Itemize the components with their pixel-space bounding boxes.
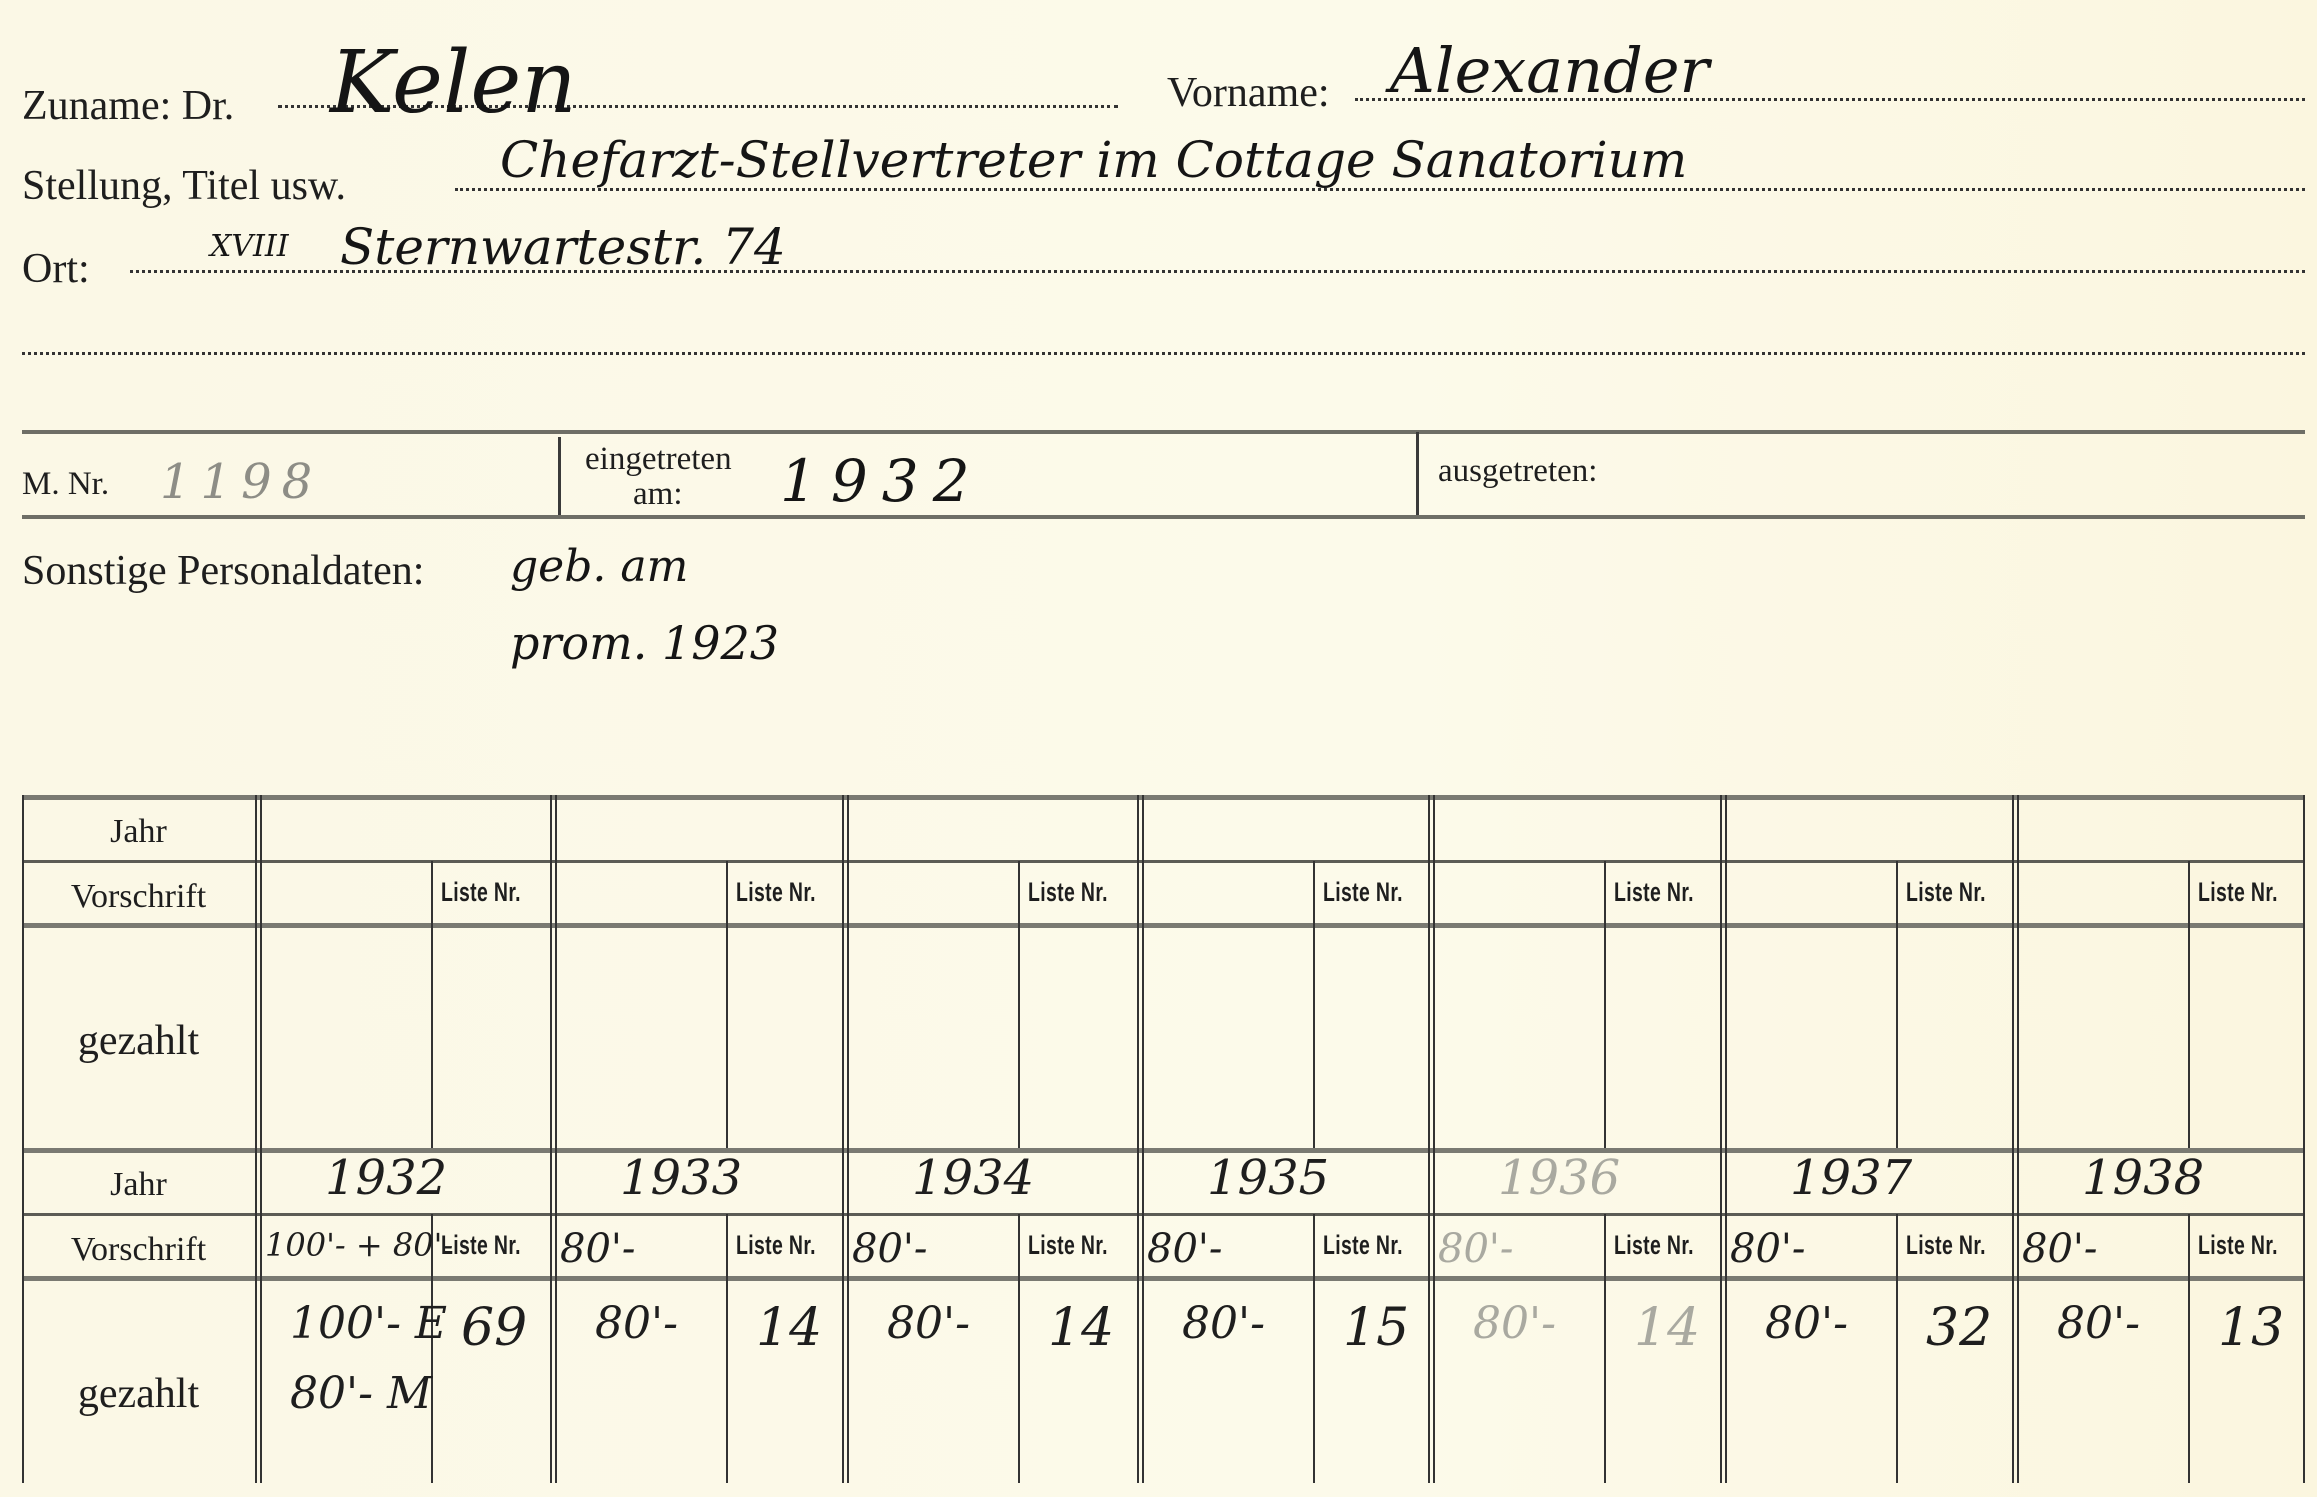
lower-vorschrift-cell[interactable]: 80'- bbox=[2022, 1226, 2097, 1272]
lower-right-border bbox=[2303, 1148, 2305, 1483]
lower-year-divider bbox=[842, 1148, 849, 1483]
upper-liste-label: Liste Nr. bbox=[441, 877, 521, 908]
vorname-value[interactable]: Alexander bbox=[1390, 40, 1709, 102]
upper-year-divider bbox=[1428, 795, 1435, 1150]
lower-vorschrift-cell[interactable]: 80'- bbox=[852, 1226, 927, 1272]
lower-year-divider bbox=[1720, 1148, 1727, 1483]
upper-liste-divider bbox=[726, 861, 728, 1150]
lower-gezahlt-label: gezahlt bbox=[22, 1370, 255, 1418]
upper-right-border bbox=[2303, 795, 2305, 1150]
lower-liste-divider bbox=[1896, 1214, 1898, 1483]
upper-liste-label: Liste Nr. bbox=[2198, 877, 2278, 908]
lower-gezahlt-cell[interactable]: 80'- bbox=[887, 1298, 970, 1349]
lower-jahr-cell[interactable]: 1933 bbox=[620, 1150, 742, 1206]
lower-gezahlt-cell[interactable]: 80'- bbox=[1473, 1298, 1556, 1349]
lower-jahr-cell[interactable]: 1938 bbox=[2082, 1150, 2204, 1206]
lower-liste-cell[interactable]: 69 bbox=[461, 1298, 527, 1358]
eingetreten-am-label: am: bbox=[633, 478, 682, 511]
stellung-label: Stellung, Titel usw. bbox=[22, 165, 346, 207]
upper-liste-label: Liste Nr. bbox=[1906, 877, 1986, 908]
membership-top-rule bbox=[22, 430, 2305, 434]
vorname-label: Vorname: bbox=[1167, 72, 1330, 114]
lower-liste-cell[interactable]: 14 bbox=[1048, 1298, 1114, 1358]
membership-divider-2 bbox=[1416, 432, 1419, 515]
upper-liste-divider bbox=[1313, 861, 1315, 1150]
lower-liste-divider bbox=[726, 1214, 728, 1483]
lower-gezahlt-cell[interactable]: 80'- bbox=[595, 1298, 678, 1349]
mnr-label: M. Nr. bbox=[22, 468, 109, 501]
lower-liste-divider bbox=[1604, 1214, 1606, 1483]
lower-fee-table: Jahr Vorschrift gezahlt Liste Nr.1932100… bbox=[22, 1148, 2305, 1483]
stellung-value[interactable]: Chefarzt-Stellvertreter im Cottage Sanat… bbox=[500, 135, 1687, 185]
upper-year-divider bbox=[255, 795, 262, 1150]
upper-liste-label: Liste Nr. bbox=[736, 877, 816, 908]
upper-year-divider bbox=[1137, 795, 1144, 1150]
lower-jahr-label: Jahr bbox=[22, 1166, 255, 1204]
ort-value[interactable]: Sternwartestr. 74 bbox=[340, 222, 786, 272]
lower-vorschrift-cell[interactable]: 80'- bbox=[1438, 1226, 1513, 1272]
lower-jahr-cell[interactable]: 1936 bbox=[1498, 1150, 1620, 1206]
lower-vorschrift-cell[interactable]: 100'- + 80'- bbox=[265, 1226, 453, 1264]
lower-liste-divider bbox=[1018, 1214, 1020, 1483]
lower-liste-divider bbox=[2188, 1214, 2190, 1483]
lower-year-divider bbox=[255, 1148, 262, 1483]
upper-year-divider bbox=[2012, 795, 2019, 1150]
upper-liste-label: Liste Nr. bbox=[1028, 877, 1108, 908]
zuname-label: Zuname: Dr. bbox=[22, 85, 234, 127]
lower-liste-label: Liste Nr. bbox=[2198, 1230, 2278, 1261]
lower-jahr-cell[interactable]: 1934 bbox=[912, 1150, 1034, 1206]
lower-year-divider bbox=[1428, 1148, 1435, 1483]
ort-label: Ort: bbox=[22, 248, 90, 290]
upper-left-border bbox=[22, 795, 24, 1150]
personal-line-1[interactable]: geb. am bbox=[510, 545, 688, 589]
upper-year-divider bbox=[550, 795, 557, 1150]
lower-liste-cell[interactable]: 32 bbox=[1926, 1298, 1992, 1358]
upper-liste-label: Liste Nr. bbox=[1614, 877, 1694, 908]
upper-liste-divider bbox=[1604, 861, 1606, 1150]
lower-gezahlt-cell-2[interactable]: 80'- M bbox=[290, 1368, 432, 1419]
upper-liste-divider bbox=[2188, 861, 2190, 1150]
lower-vorschrift-cell[interactable]: 80'- bbox=[1730, 1226, 1805, 1272]
lower-year-divider bbox=[2012, 1148, 2019, 1483]
lower-jahr-cell[interactable]: 1932 bbox=[325, 1150, 447, 1206]
membership-bottom-rule bbox=[22, 515, 2305, 519]
lower-vorschrift-cell[interactable]: 80'- bbox=[560, 1226, 635, 1272]
mnr-value[interactable]: 1198 bbox=[160, 458, 322, 506]
upper-liste-label: Liste Nr. bbox=[1323, 877, 1403, 908]
lower-vorschrift-label: Vorschrift bbox=[22, 1231, 255, 1269]
upper-vorschrift-label: Vorschrift bbox=[22, 878, 255, 916]
lower-liste-cell[interactable]: 14 bbox=[756, 1298, 822, 1358]
lower-liste-cell[interactable]: 14 bbox=[1634, 1298, 1700, 1358]
blank-line bbox=[22, 352, 2305, 355]
lower-year-divider bbox=[550, 1148, 557, 1483]
upper-year-divider bbox=[842, 795, 849, 1150]
upper-fee-table: Jahr Vorschrift gezahlt Liste Nr.Liste N… bbox=[22, 795, 2305, 1150]
eingetreten-value[interactable]: 1932 bbox=[780, 452, 984, 510]
lower-gezahlt-cell[interactable]: 80'- bbox=[1765, 1298, 1848, 1349]
lower-liste-label: Liste Nr. bbox=[1028, 1230, 1108, 1261]
ort-district[interactable]: XVIII bbox=[210, 232, 289, 262]
upper-year-divider bbox=[1720, 795, 1727, 1150]
lower-year-divider bbox=[1137, 1148, 1144, 1483]
zuname-value[interactable]: Kelen bbox=[330, 40, 577, 126]
ausgetreten-label: ausgetreten: bbox=[1438, 455, 1597, 488]
personal-label: Sonstige Personaldaten: bbox=[22, 550, 424, 592]
upper-liste-divider bbox=[1018, 861, 1020, 1150]
lower-liste-label: Liste Nr. bbox=[1614, 1230, 1694, 1261]
upper-liste-divider bbox=[1896, 861, 1898, 1150]
lower-vorschrift-cell[interactable]: 80'- bbox=[1147, 1226, 1222, 1272]
lower-liste-divider bbox=[1313, 1214, 1315, 1483]
lower-jahr-cell[interactable]: 1937 bbox=[1790, 1150, 1912, 1206]
upper-liste-divider bbox=[431, 861, 433, 1150]
lower-gezahlt-cell[interactable]: 80'- bbox=[2057, 1298, 2140, 1349]
lower-liste-label: Liste Nr. bbox=[1323, 1230, 1403, 1261]
lower-liste-cell[interactable]: 15 bbox=[1343, 1298, 1409, 1358]
lower-left-border bbox=[22, 1148, 24, 1483]
lower-jahr-cell[interactable]: 1935 bbox=[1207, 1150, 1329, 1206]
upper-jahr-label: Jahr bbox=[22, 813, 255, 851]
lower-liste-label: Liste Nr. bbox=[1906, 1230, 1986, 1261]
lower-gezahlt-cell[interactable]: 80'- bbox=[1182, 1298, 1265, 1349]
lower-liste-label: Liste Nr. bbox=[736, 1230, 816, 1261]
personal-line-2[interactable]: prom. 1923 bbox=[510, 620, 779, 666]
upper-gezahlt-label: gezahlt bbox=[22, 1017, 255, 1065]
lower-gezahlt-cell[interactable]: 100'- E bbox=[290, 1298, 447, 1349]
lower-liste-cell[interactable]: 13 bbox=[2218, 1298, 2284, 1358]
membership-divider-1 bbox=[558, 437, 561, 515]
eingetreten-label: eingetreten bbox=[585, 443, 732, 476]
membership-card: Zuname: Dr. Kelen Vorname: Alexander Ste… bbox=[0, 0, 2317, 1497]
